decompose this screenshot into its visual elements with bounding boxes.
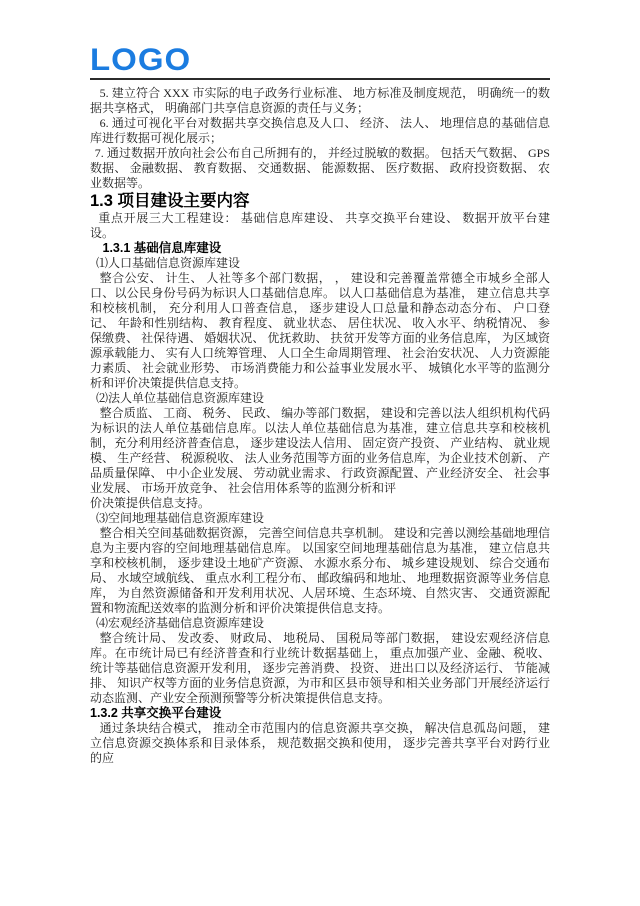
body-paragraph: 整合质监、 工商、 税务、 民政、 编办等部门数据， 建设和完善以法人组织机构代…: [90, 406, 550, 496]
body-paragraph: ⑷宏观经济基础信息资源库建设: [90, 616, 550, 631]
body-paragraph: 通过条块结合模式， 推动全市范围内的信息资源共享交换， 解决信息孤岛问题， 建立…: [90, 721, 550, 766]
subsection-heading: 1.3.2 共享交换平台建设: [90, 706, 550, 721]
page-header: LOGO: [90, 44, 550, 80]
document-body: 5. 建立符合 XXX 市实际的电子政务行业标准、 地方标准及制度规范， 明确统…: [90, 86, 550, 766]
body-paragraph: 整合统计局、 发改委、 财政局、 地税局、 国税局等部门数据， 建设宏观经济信息…: [90, 631, 550, 706]
subsection-heading: 1.3.1 基础信息库建设: [90, 241, 550, 256]
body-paragraph: ⑵法人单位基础信息资源库建设: [90, 391, 550, 406]
body-paragraph: 7. 通过数据开放向社会公布自己所拥有的， 并经过脱敏的数据。 包括天气数据、 …: [90, 146, 550, 191]
body-paragraph: 6. 通过可视化平台对数据共享交换信息及人口、 经济、 法人、 地理信息的基础信…: [90, 116, 550, 146]
body-paragraph: ⑴人口基础信息资源库建设: [90, 256, 550, 271]
body-paragraph: 整合公安、 计生、 人社等多个部门数据， ， 建设和完善覆盖常德全市城乡全部人口…: [90, 271, 550, 391]
body-paragraph: 整合相关空间基础数据资源， 完善空间信息共享机制。 建设和完善以测绘基础地理信息…: [90, 526, 550, 616]
body-paragraph: ⑶空间地理基础信息资源库建设: [90, 511, 550, 526]
document-page: LOGO 5. 建立符合 XXX 市实际的电子政务行业标准、 地方标准及制度规范…: [0, 0, 640, 906]
body-paragraph: 5. 建立符合 XXX 市实际的电子政务行业标准、 地方标准及制度规范， 明确统…: [90, 86, 550, 116]
logo: LOGO: [90, 46, 191, 75]
body-paragraph: 重点开展三大工程建设： 基础信息库建设、 共享交换平台建设、 数据开放平台建设。: [90, 211, 550, 241]
section-heading: 1.3 项目建设主要内容: [90, 191, 550, 211]
body-paragraph: 价决策提供信息支持。: [90, 496, 550, 511]
